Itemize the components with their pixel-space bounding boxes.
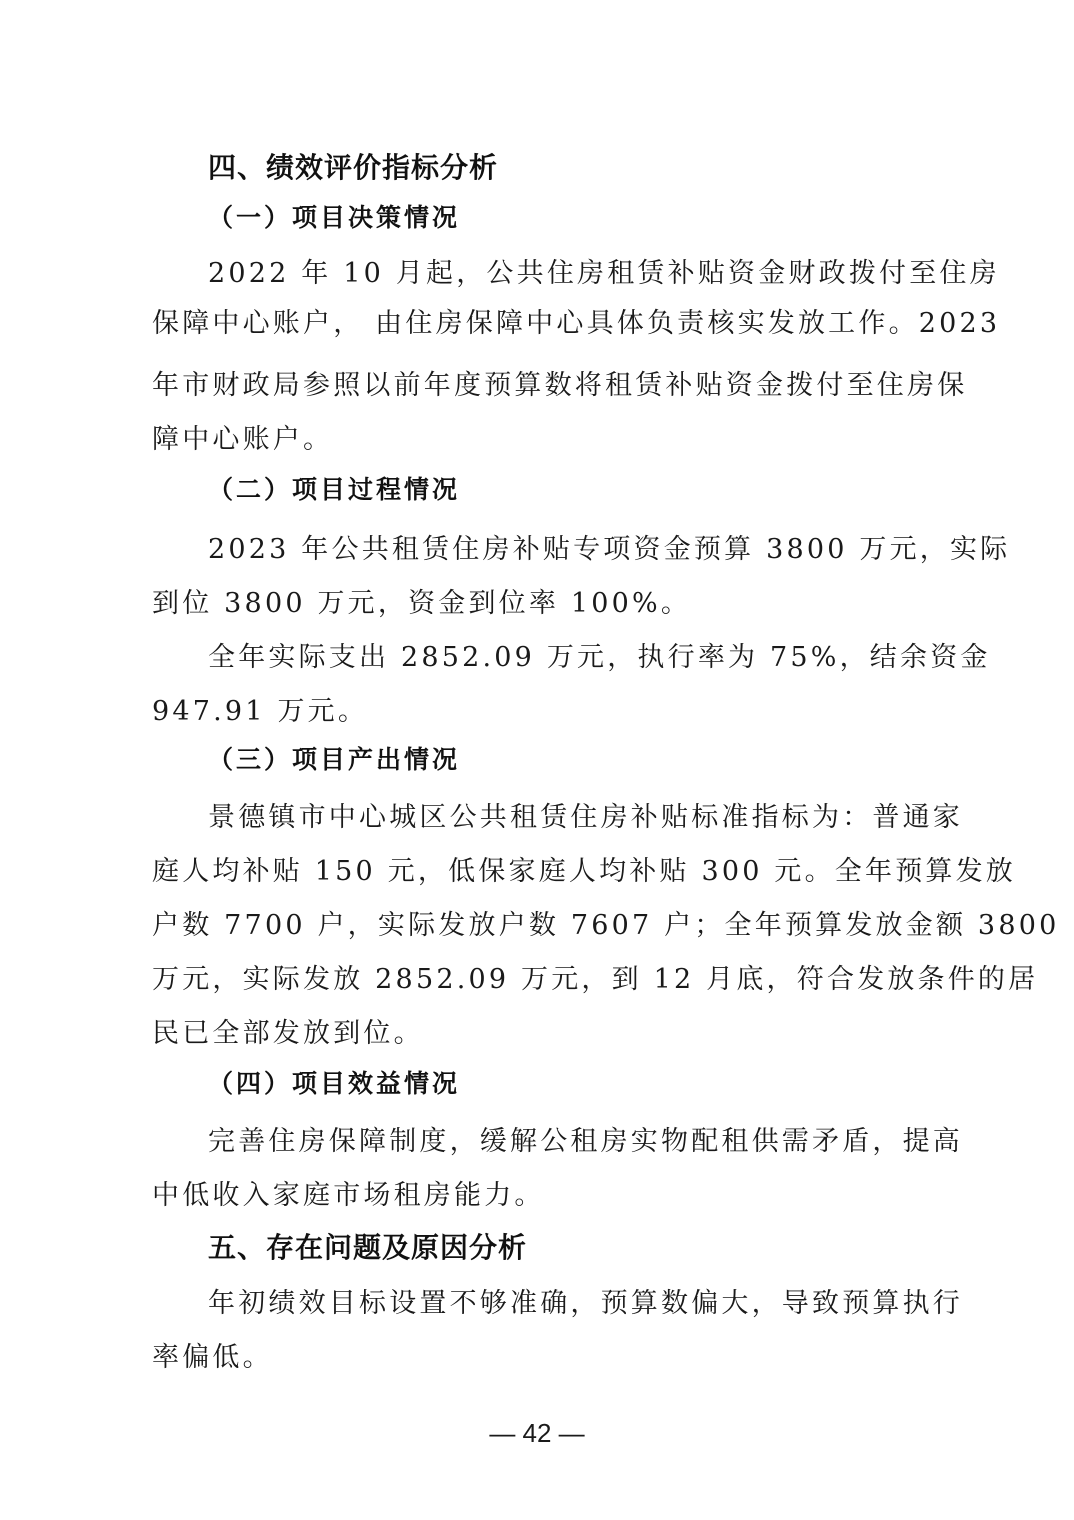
- paragraph-line: 2022 年 10 月起，公共住房租赁补贴资金财政拨付至住房: [208, 256, 928, 292]
- paragraph-line: 保障中心账户， 由住房保障中心具体负责核实发放工作。2023: [152, 306, 928, 342]
- paragraph-line: 2023 年公共租赁住房补贴专项资金预算 3800 万元，实际: [208, 532, 928, 568]
- paragraph-line: 障中心账户。: [152, 422, 928, 458]
- document-page: 四、绩效评价指标分析 （一）项目决策情况 2022 年 10 月起，公共住房租赁…: [0, 0, 1074, 1520]
- paragraph-line: 万元，实际发放 2852.09 万元，到 12 月底，符合发放条件的居: [152, 962, 928, 998]
- paragraph-line: 年初绩效目标设置不够准确，预算数偏大，导致预算执行: [208, 1286, 928, 1322]
- page-number: — 42 —: [0, 1416, 1074, 1450]
- paragraph-line: 到位 3800 万元，资金到位率 100%。: [152, 586, 928, 622]
- paragraph-line: 民已全部发放到位。: [152, 1016, 928, 1052]
- paragraph-line: 947.91 万元。: [152, 694, 928, 730]
- paragraph-line: 年市财政局参照以前年度预算数将租赁补贴资金拨付至住房保: [152, 368, 928, 404]
- subsection-heading-benefit: （四）项目效益情况: [208, 1066, 460, 1102]
- paragraph-line: 完善住房保障制度，缓解公租房实物配租供需矛盾，提高: [208, 1124, 928, 1160]
- section-heading-4: 四、绩效评价指标分析: [208, 150, 498, 186]
- paragraph-line: 率偏低。: [152, 1340, 928, 1376]
- subsection-heading-decision: （一）项目决策情况: [208, 200, 460, 236]
- paragraph-line: 庭人均补贴 150 元，低保家庭人均补贴 300 元。全年预算发放: [152, 854, 928, 890]
- paragraph-line: 全年实际支出 2852.09 万元，执行率为 75%，结余资金: [208, 640, 928, 676]
- section-heading-5: 五、存在问题及原因分析: [208, 1230, 527, 1266]
- subsection-heading-output: （三）项目产出情况: [208, 742, 460, 778]
- paragraph-line: 户数 7700 户，实际发放户数 7607 户；全年预算发放金额 3800: [152, 908, 928, 944]
- paragraph-line: 中低收入家庭市场租房能力。: [152, 1178, 928, 1214]
- subsection-heading-process: （二）项目过程情况: [208, 472, 460, 508]
- paragraph-line: 景德镇市中心城区公共租赁住房补贴标准指标为：普通家: [208, 800, 928, 836]
